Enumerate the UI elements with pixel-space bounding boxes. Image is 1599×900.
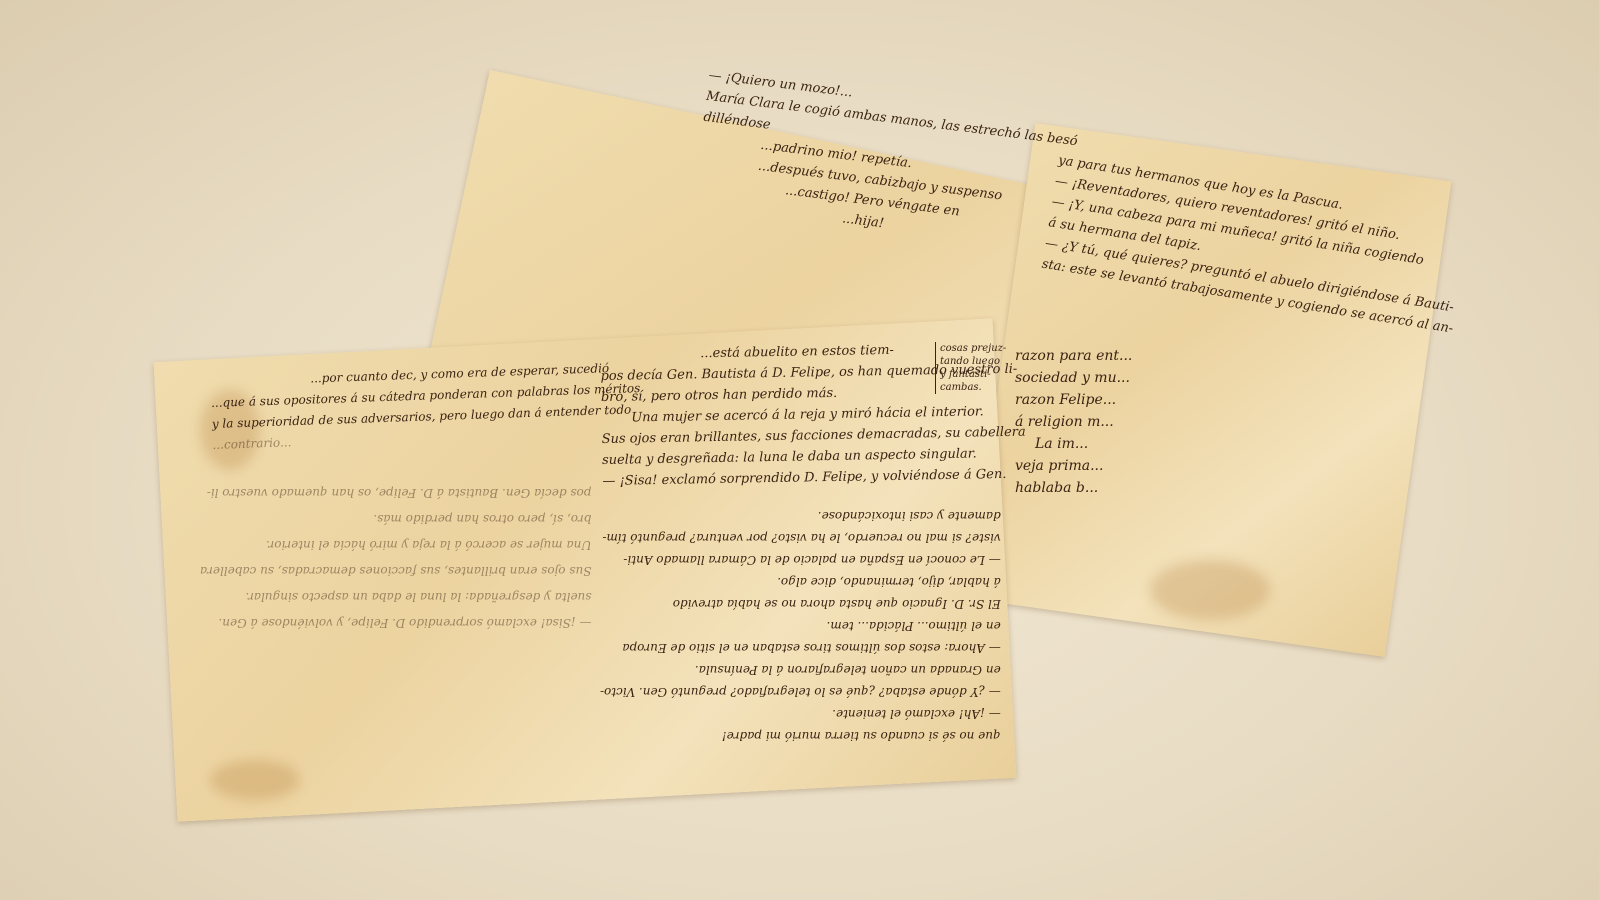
text-line: sociedad y mu... xyxy=(1015,367,1132,389)
text-line: razon Felipe... xyxy=(1015,389,1132,411)
text-line: hablaba b... xyxy=(1015,477,1132,499)
text-line: damente y casi intoxicándose. xyxy=(600,505,1001,527)
text-line: — Ahora: estos dos últimos tiros estaban… xyxy=(600,637,1001,659)
text-line: — Le conocí en España en palacio de la C… xyxy=(600,549,1001,571)
lower-upside-down-text: que no sé si cuando su tierra murió mi p… xyxy=(600,505,1001,747)
text-line: tando luego xyxy=(940,355,1006,368)
text-line: Sus ojos eran brillantes, sus facciones … xyxy=(200,558,591,584)
text-line: La im... xyxy=(1015,433,1132,455)
text-line: — ¡Sisa! exclamó sorprendido D. Felipe, … xyxy=(200,610,591,636)
text-line: — ¡Ah! exclamó el teniente. xyxy=(600,703,1001,725)
text-line: á religion m... xyxy=(1015,411,1132,433)
text-line: Una mujer se acercó á la reja y miró hác… xyxy=(200,532,591,558)
left-lower-bleedthrough: — ¡Sisa! exclamó sorprendido D. Felipe, … xyxy=(200,480,591,636)
text-line: á hablar, dijo, terminando, dice algo. xyxy=(600,571,1001,593)
text-line: razon para ent... xyxy=(1015,345,1132,367)
text-line: suelta y desgreñada: la luna le daba un … xyxy=(200,584,591,610)
left-text: ...por cuanto dec, y como era de esperar… xyxy=(210,357,642,456)
text-line: cosas prejuz- xyxy=(940,342,1006,355)
right-middle-text: razon para ent... sociedad y mu... razon… xyxy=(1015,345,1132,499)
text-line: en el último... Plácida... tem. xyxy=(600,615,1001,637)
text-line: cambas. xyxy=(940,381,1006,394)
text-line: viste? si mal no recuerdo, le ha visto? … xyxy=(600,527,1001,549)
stain xyxy=(1150,560,1270,620)
text-line: pos decía Gen. Bautista á D. Felipe, os … xyxy=(200,480,591,506)
text-line: y fantásti- xyxy=(940,368,1006,381)
text-line: El Sr. D. Ignacio que hasta ahora no se … xyxy=(600,593,1001,615)
text-line: en Granada un cañon telegrafiaron á la P… xyxy=(600,659,1001,681)
text-line: — ¿Y dónde estaba? ¿qué es lo telegrafia… xyxy=(600,681,1001,703)
stain xyxy=(210,760,300,800)
text-line: veja prima... xyxy=(1015,455,1132,477)
text-line: que no sé si cuando su tierra murió mi p… xyxy=(600,725,1001,747)
text-line: bro, sí, pero otros han perdido más. xyxy=(200,506,591,532)
margin-note: cosas prejuz- tando luego y fantásti- ca… xyxy=(935,342,1006,394)
